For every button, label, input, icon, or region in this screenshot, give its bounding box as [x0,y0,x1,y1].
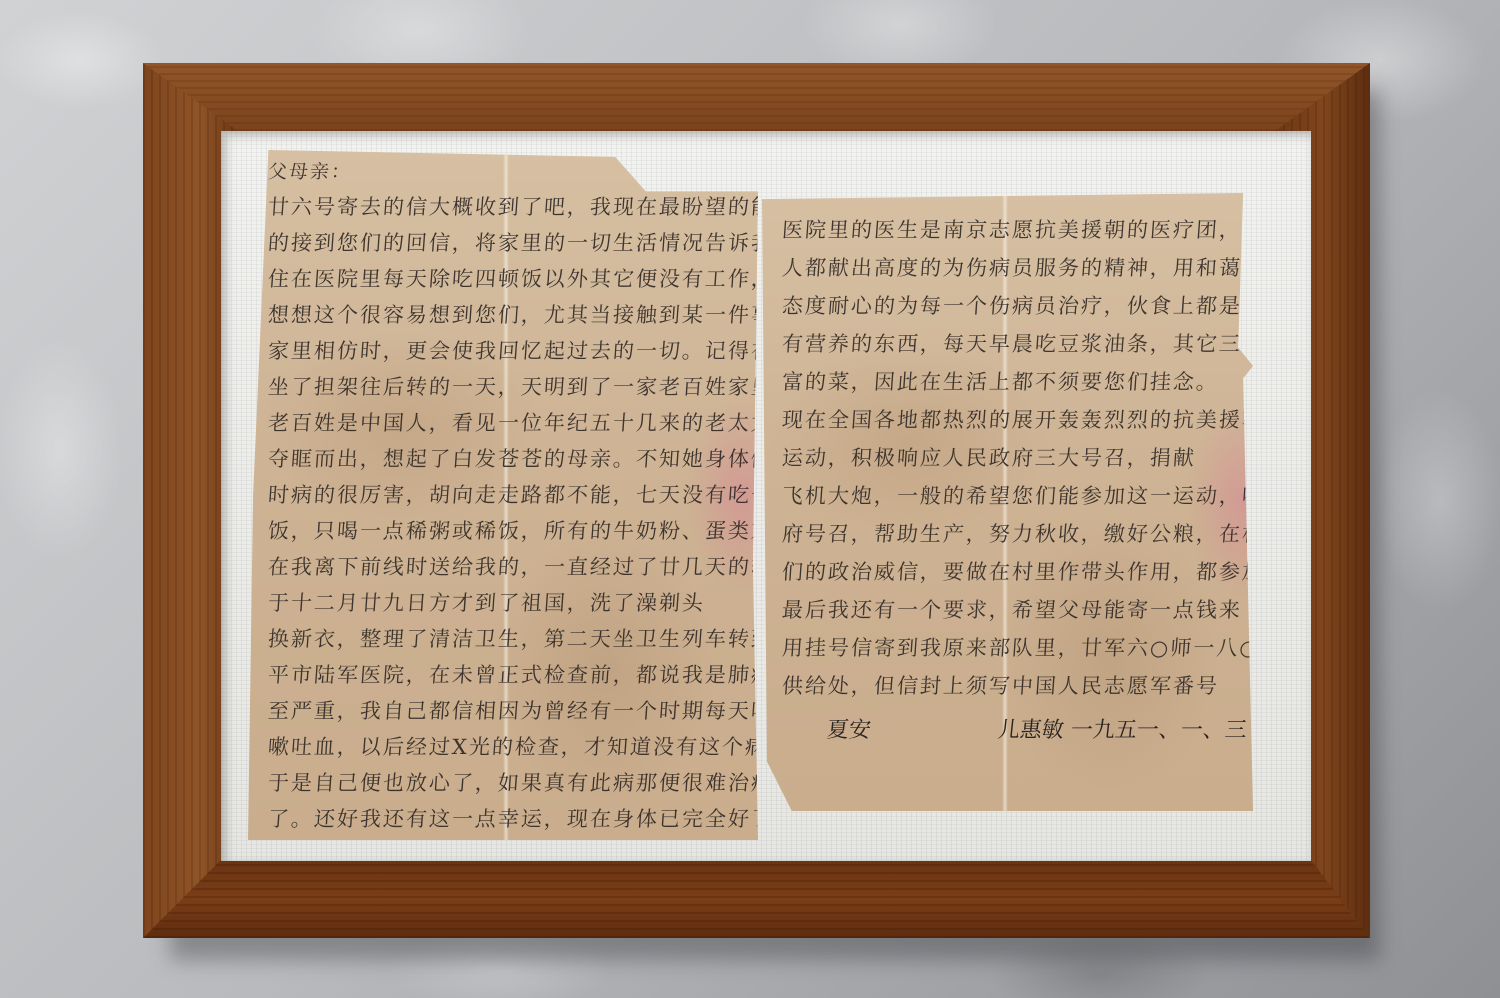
closing-salutation: 夏安 [825,713,872,744]
letter-page-left: 父母亲： 廿六号寄去的信大概收到了吧，我现在最盼望的能够很快 的接到您们的回信，… [248,150,758,840]
letter-date: 一九五一、一、三 [1069,718,1248,743]
frame-top-rail [143,63,1370,131]
frame-bottom-rail [143,860,1370,938]
signature-block: 儿惠敏 一九五一、一、三 [996,713,1248,744]
letter-page-right: 医院里的医生是南京志愿抗美援朝的医疗团，他们每个 人都献出高度的为伤病员服务的精… [762,193,1258,811]
signature-row: 夏安 儿惠敏 一九五一、一、三 [825,713,1248,744]
signature-name: 儿惠敏 [996,718,1065,743]
